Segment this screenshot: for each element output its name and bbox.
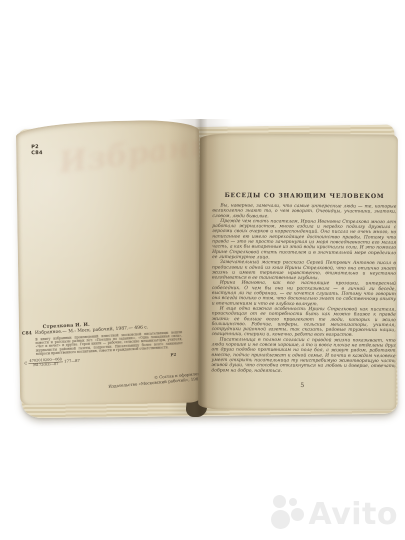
classification-code: Р2 [170, 352, 176, 357]
avito-logo-circle [271, 510, 290, 529]
book-left-page: Р2 С84 Избранное Стрелкова И. И. С84 Изб… [16, 120, 203, 406]
avito-logo-circle [291, 508, 304, 521]
biblio-index: С84 [22, 331, 35, 337]
code-denominator: М172(03)—87 [29, 362, 64, 367]
code-suffix: 177—87 [64, 358, 80, 363]
body-paragraph: Ирина Ивановна, как все настоящие прозаи… [212, 280, 396, 307]
avito-logo-icon [271, 495, 305, 531]
body-paragraph: И еще одна важная особенность Ирины Стре… [212, 306, 396, 338]
show-through-text: Избранное [57, 123, 203, 181]
product-photo: Р2 С84 Избранное Стрелкова И. И. С84 Изб… [0, 0, 405, 540]
body-paragraph: Прежде чем стать писателем, Ирина Иванов… [212, 218, 396, 260]
body-paragraph: Вы, наверное, замечали, что самые интере… [212, 203, 396, 220]
avito-logo-circle [289, 498, 297, 506]
avito-watermark: Avito [271, 495, 398, 531]
book-right-page: БЕСЕДЫ СО ЗНАЮЩИМ ЧЕЛОВЕКОМ Вы, наверное… [198, 133, 398, 410]
body-paragraph: Замечательный мастер рассказа Сергей Пет… [212, 260, 396, 282]
page-text-area: БЕСЕДЫ СО ЗНАЮЩИМ ЧЕЛОВЕКОМ Вы, наверное… [211, 191, 396, 407]
avito-logo-circle [273, 495, 286, 508]
stamp-line: С84 [31, 151, 43, 157]
code-fraction: 4702010200—068 М172(03)—87 [28, 358, 63, 368]
page-number: 5 [212, 381, 392, 389]
body-paragraph: Писательница в полном согласии с правдой… [211, 337, 395, 374]
code-prefix: С [24, 361, 27, 366]
avito-watermark-label: Avito [309, 500, 398, 530]
chapter-heading: БЕСЕДЫ СО ЗНАЮЩИМ ЧЕЛОВЕКОМ [212, 191, 396, 199]
library-classification-stamp: Р2 С84 [31, 145, 43, 156]
